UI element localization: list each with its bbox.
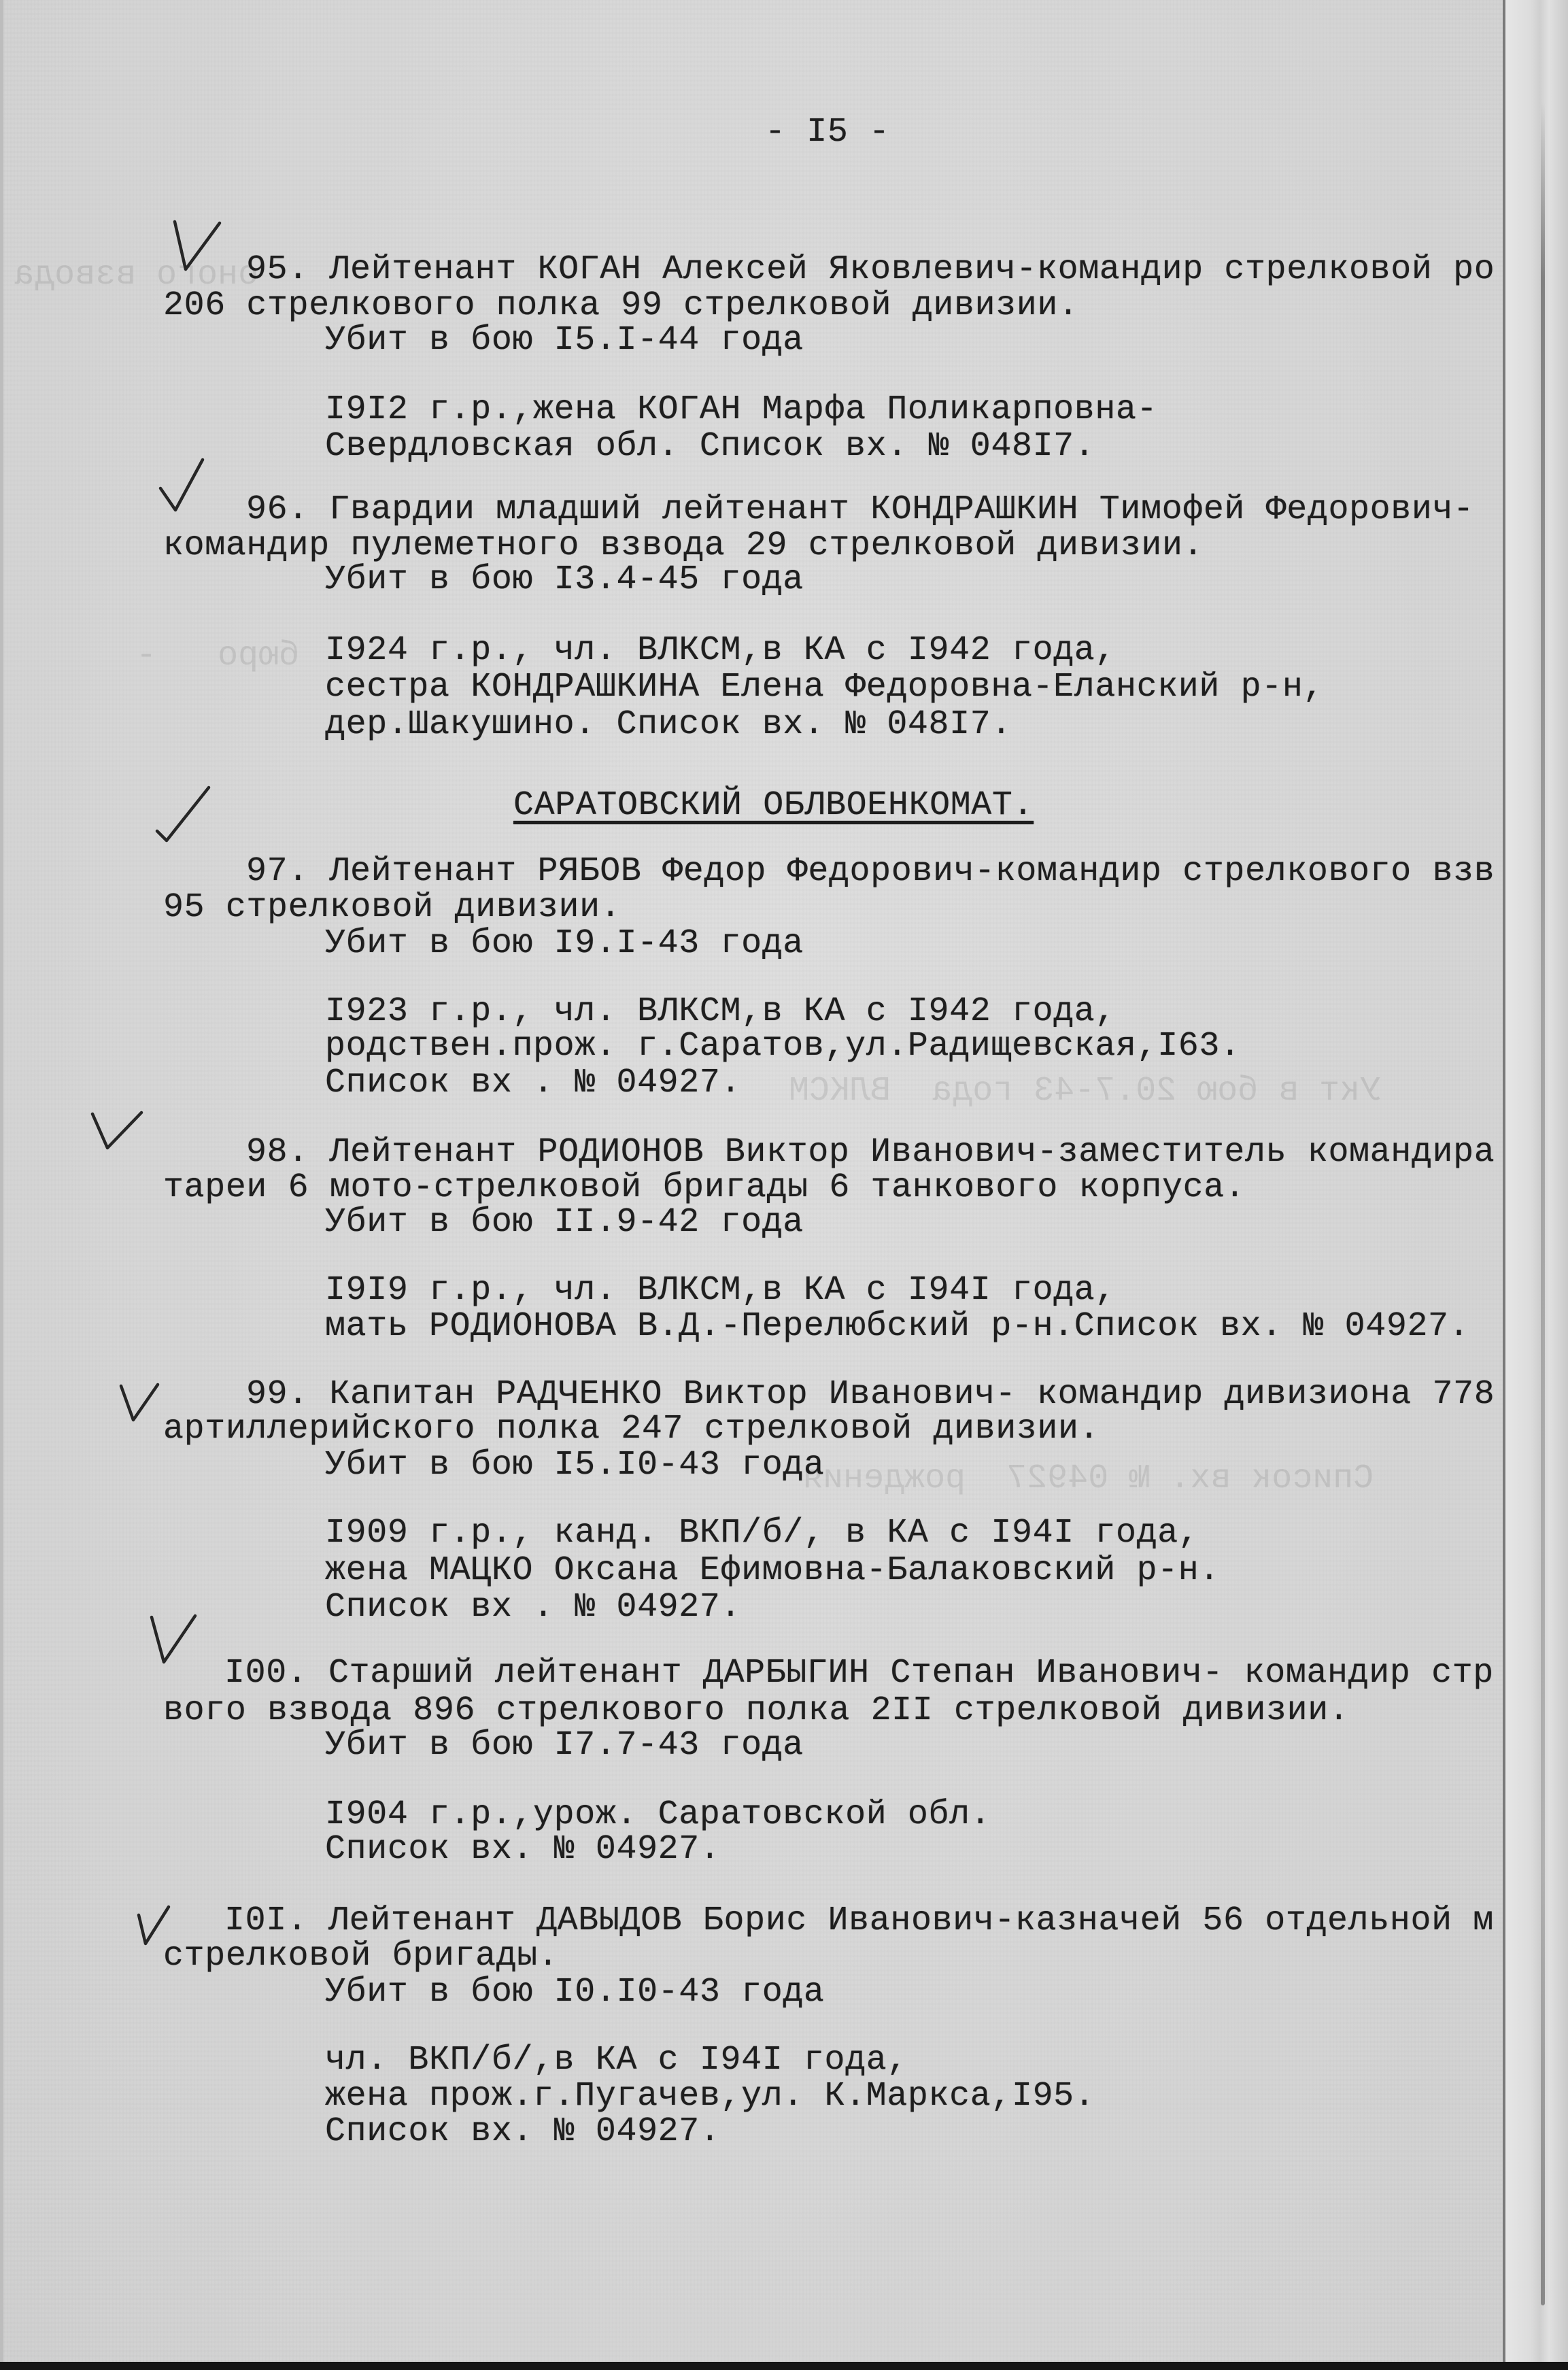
entry-98-line-2: тареи 6 мото-стрелковой бригады 6 танков… bbox=[163, 1171, 1245, 1205]
entry-95-line-1: 95. Лейтенант КОГАН Алексей Яковлевич-ко… bbox=[246, 253, 1495, 287]
entry-95-death-date: Убит в бою I5.I-44 года bbox=[325, 324, 804, 358]
entry-98-details-2: мать РОДИОНОВА В.Д.-Перелюбский р-н.Спис… bbox=[325, 1310, 1469, 1344]
checkmark-icon bbox=[155, 454, 216, 515]
typed-text-area: Укт в бою 20.7-43 года ВЛКСМ Список вх. … bbox=[0, 0, 1503, 2362]
entry-95-details-2: Свердловская обл. Список вх. № 048I7. bbox=[325, 430, 1095, 464]
entry-97-details-2: родствен.прож. г.Саратов,ул.Радищевская,… bbox=[325, 1030, 1241, 1064]
entry-96-death-date: Убит в бою I3.4-45 года bbox=[325, 563, 804, 597]
entry-100-details-2: Список вх. № 04927. bbox=[325, 1833, 721, 1867]
bleed-through-text: Список вх. № 04927 рождения bbox=[802, 1462, 1374, 1496]
entry-101-line-2: стрелковой бригады. bbox=[163, 1940, 559, 1974]
entry-98-details-1: I9I9 г.р., чл. ВЛКСМ,в КА с I94I года, bbox=[325, 1274, 1116, 1308]
entry-99-details-2: жена МАЦКО Оксана Ефимовна-Балаковский р… bbox=[325, 1554, 1220, 1588]
entry-99-death-date: Убит в бою I5.I0-43 года bbox=[325, 1449, 825, 1483]
checkmark-icon bbox=[117, 1381, 165, 1428]
entry-98-death-date: Убит в бою II.9-42 года bbox=[325, 1206, 804, 1240]
bleed-through-text: Укт в бою 20.7-43 года ВЛКСМ bbox=[789, 1074, 1380, 1108]
entry-96-details-1: I924 г.р., чл. ВЛКСМ,в КА с I942 года, bbox=[325, 634, 1116, 668]
checkmark-icon bbox=[167, 216, 228, 277]
bleed-through-text: бюро - bbox=[95, 639, 299, 673]
checkmark-icon bbox=[87, 1108, 148, 1156]
entry-97-death-date: Убит в бою I9.I-43 года bbox=[325, 927, 804, 961]
entry-98-line-1: 98. Лейтенант РОДИОНОВ Виктор Иванович-з… bbox=[246, 1136, 1495, 1170]
binding-shadow bbox=[1541, 102, 1545, 2305]
entry-100-line-2: вого взвода 896 стрелкового полка 2II ст… bbox=[163, 1694, 1349, 1728]
entry-101-details-2: жена прож.г.Пугачев,ул. К.Маркса,I95. bbox=[325, 2080, 1095, 2114]
entry-99-line-1: 99. Капитан РАДЧЕНКО Виктор Иванович- ко… bbox=[246, 1378, 1495, 1412]
checkmark-icon bbox=[135, 1904, 175, 1948]
entry-100-line-1: I00. Старший лейтенант ДАРБЫГИН Степан И… bbox=[224, 1657, 1494, 1691]
entry-101-line-1: I0I. Лейтенант ДАВЫДОВ Борис Иванович-ка… bbox=[224, 1904, 1494, 1938]
entry-95-line-2: 206 стрелкового полка 99 стрелковой диви… bbox=[163, 289, 1079, 323]
entry-100-details-1: I904 г.р.,урож. Саратовской обл. bbox=[325, 1798, 991, 1832]
entry-97-line-2: 95 стрелковой дивизии. bbox=[163, 891, 621, 925]
entry-97-line-1: 97. Лейтенант РЯБОВ Федор Федорович-кома… bbox=[246, 855, 1495, 889]
entry-96-line-1: 96. Гвардии младший лейтенант КОНДРАШКИН… bbox=[246, 493, 1474, 527]
entry-101-details-1: чл. ВКП/б/,в КА с I94I года, bbox=[325, 2044, 908, 2078]
entry-99-details-3: Список вх . № 04927. bbox=[325, 1591, 741, 1625]
entry-99-details-1: I909 г.р., канд. ВКП/б/, в КА с I94I год… bbox=[325, 1517, 1199, 1551]
entry-96-line-2: командир пулеметного взвода 29 стрелково… bbox=[163, 529, 1204, 563]
page-number: - I5 - bbox=[765, 116, 890, 150]
entry-99-line-2: артиллерийского полка 247 стрелковой див… bbox=[163, 1412, 1100, 1446]
checkmark-icon bbox=[146, 1613, 201, 1668]
scan-bottom-edge bbox=[0, 2362, 1568, 2370]
entry-96-details-2: сестра КОНДРАШКИНА Елена Федоровна-Еланс… bbox=[325, 671, 1324, 705]
entry-101-death-date: Убит в бою I0.I0-43 года bbox=[325, 1976, 825, 2010]
entry-97-details-3: Список вх . № 04927. bbox=[325, 1066, 741, 1100]
entry-101-details-3: Список вх. № 04927. bbox=[325, 2115, 721, 2149]
entry-96-details-3: дер.Шакушино. Список вх. № 048I7. bbox=[325, 708, 1012, 742]
entry-100-death-date: Убит в бою I7.7-43 года bbox=[325, 1729, 804, 1763]
checkmark-icon bbox=[153, 781, 214, 849]
section-heading: САРАТОВСКИЙ ОБЛВОЕНКОМАТ. bbox=[513, 789, 1034, 823]
entry-95-details-1: I9I2 г.р.,жена КОГАН Марфа Поликарповна- bbox=[325, 393, 1157, 427]
entry-97-details-1: I923 г.р., чл. ВЛКСМ,в КА с I942 года, bbox=[325, 995, 1116, 1029]
binding-strip bbox=[1505, 0, 1568, 2362]
